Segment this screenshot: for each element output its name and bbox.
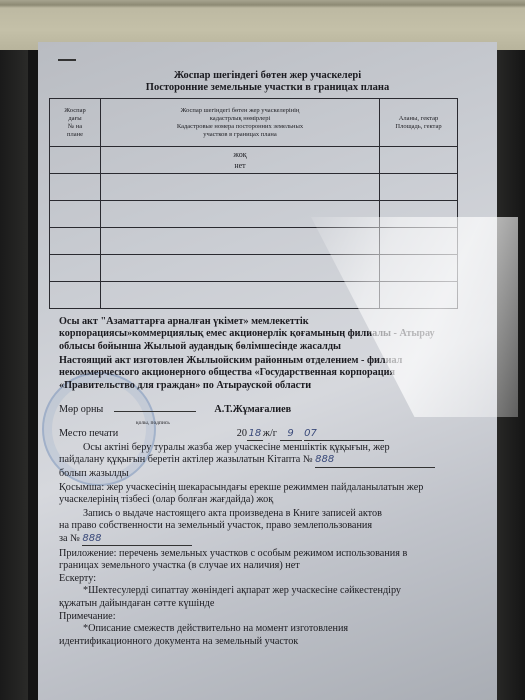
- table-cell: [380, 228, 458, 255]
- table-cell: жоқ нет: [101, 147, 380, 174]
- header-plan-number: Жоспар дағы № на плане: [50, 99, 101, 147]
- date-block: Место печати 2018ж/г 9 07: [59, 428, 499, 441]
- header-text: дағы: [50, 115, 100, 123]
- table-cell: [380, 255, 458, 282]
- table-cell: [101, 255, 380, 282]
- cell-value-ru: нет: [101, 160, 379, 171]
- seal-label-kz: Мөр орны: [59, 404, 103, 415]
- table-cell: [101, 201, 380, 228]
- header-area: Аланы, гектар Площадь, гектар: [380, 99, 458, 147]
- header-text: плане: [50, 131, 100, 139]
- cell-value-kz: жоқ: [101, 149, 379, 160]
- text-line: Запись о выдаче настоящего акта произвед…: [59, 508, 499, 520]
- table-row: жоқ нет: [50, 147, 458, 174]
- date-prefix: 20: [237, 428, 247, 439]
- text-line: облысы бойынша Жылыой аудандық бөлімшесі…: [59, 341, 499, 353]
- header-text: участков в границах плана: [101, 131, 379, 139]
- table-cell: [50, 228, 101, 255]
- table-cell: [50, 255, 101, 282]
- text-line: за № 888: [59, 533, 499, 546]
- book-label: за №: [59, 533, 80, 544]
- table-cell: [380, 282, 458, 309]
- date-month: 07: [304, 428, 384, 441]
- text-line: болып жазылды: [59, 468, 499, 480]
- note-label: Ескерту:: [59, 573, 499, 585]
- table-cell: [101, 228, 380, 255]
- record-text-kz: Осы актіні беру туралы жазба жер учаскес…: [59, 442, 499, 480]
- book-number: 888: [82, 533, 192, 546]
- table-cell: [50, 201, 101, 228]
- text-line: Настоящий акт изготовлен Жылыойским райо…: [59, 355, 499, 367]
- table-cell: [50, 174, 101, 201]
- text-line: идентификационного документа на земельны…: [59, 636, 499, 648]
- header-text: кадастрлық нөмірлері: [101, 115, 379, 123]
- note-ru: Примечание: *Описание смежеств действите…: [59, 611, 499, 648]
- text-line: корпорациясы»коммерциялық емес акционерл…: [59, 328, 499, 340]
- text-line: *Описание смежеств действительно на моме…: [59, 623, 499, 635]
- background-left: [0, 50, 28, 700]
- text-line: «Правительство для граждан» по Атырауско…: [59, 380, 499, 392]
- text-line: учаскелерінің тізбесі (олар болған жағда…: [59, 494, 499, 506]
- text-line: границах земельного участка (в случае их…: [59, 560, 499, 572]
- text-line: на право собственности на земельный учас…: [59, 520, 499, 532]
- table-row: [50, 228, 458, 255]
- table-header-row: Жоспар дағы № на плане Жоспар шегіндегі …: [50, 99, 458, 147]
- document-page: Жоспар шегіндегі бөтен жер учаскелері По…: [38, 42, 497, 700]
- table-cell: [50, 147, 101, 174]
- text-line: пайдалану құқығын беретін актілер жазыла…: [59, 454, 499, 467]
- table-cell: [101, 174, 380, 201]
- header-text: Жоспар шегіндегі бөтен жер учаскелерінің: [101, 107, 379, 115]
- text-line: *Шектесулерді сипаттау жөніндегі ақпарат…: [59, 585, 499, 597]
- header-cadastral-numbers: Жоспар шегіндегі бөтен жер учаскелерінің…: [101, 99, 380, 147]
- note-label: Примечание:: [59, 611, 499, 623]
- plots-table: Жоспар дағы № на плане Жоспар шегіндегі …: [49, 98, 458, 309]
- table-row: [50, 174, 458, 201]
- header-text: Кадастровые номера посторонних земельных: [101, 123, 379, 131]
- text-line: Приложение: перечень земельных участков …: [59, 548, 499, 560]
- table-row: [50, 255, 458, 282]
- header-text: № на: [50, 123, 100, 131]
- header-text: Аланы, гектар: [380, 115, 457, 123]
- date-day: 9: [280, 428, 302, 441]
- appendix-ru: Приложение: перечень земельных участков …: [59, 548, 499, 573]
- seal-label-ru: Место печати: [59, 428, 118, 439]
- date-year: 18: [247, 428, 263, 441]
- text-line: некоммерческого акционерного общества «Г…: [59, 367, 499, 379]
- date-separator: ж/г: [263, 428, 277, 439]
- signature-block: Мөр орны А.Т.Жұмағалиев: [59, 404, 499, 416]
- header-text: Площадь, гектар: [380, 123, 457, 131]
- title-kz: Жоспар шегіндегі бөтен жер учаскелері: [38, 70, 497, 82]
- pen-mark: [58, 59, 76, 61]
- signer-name: А.Т.Жұмағалиев: [214, 404, 291, 415]
- table-cell: [50, 282, 101, 309]
- act-text-kz: Осы акт "Азаматтарға арналған үкімет» ме…: [59, 316, 499, 353]
- title-ru: Посторонние земельные участки в границах…: [38, 82, 497, 94]
- table-cell: [101, 282, 380, 309]
- header-text: Жоспар: [50, 107, 100, 115]
- table-cell: [380, 147, 458, 174]
- table-row: [50, 282, 458, 309]
- signature-line: [114, 411, 196, 412]
- text-line: құжатын дайындаған сәтте күшінде: [59, 598, 499, 610]
- note-kz: Ескерту: *Шектесулерді сипаттау жөніндег…: [59, 573, 499, 610]
- record-text-ru: Запись о выдаче настоящего акта произвед…: [59, 508, 499, 546]
- table-row: [50, 201, 458, 228]
- book-number: 888: [315, 454, 435, 467]
- text-line: Осы актіні беру туралы жазба жер учаскес…: [59, 442, 499, 454]
- act-text-ru: Настоящий акт изготовлен Жылыойским райо…: [59, 355, 499, 392]
- book-label: пайдалану құқығын беретін актілер жазыла…: [59, 454, 313, 465]
- table-cell: [380, 174, 458, 201]
- text-line: Қосымша: жер учаскесінің шекарасындағы е…: [59, 482, 499, 494]
- appendix-kz: Қосымша: жер учаскесінің шекарасындағы е…: [59, 482, 499, 507]
- table-cell: [380, 201, 458, 228]
- text-line: Осы акт "Азаматтарға арналған үкімет» ме…: [59, 316, 499, 328]
